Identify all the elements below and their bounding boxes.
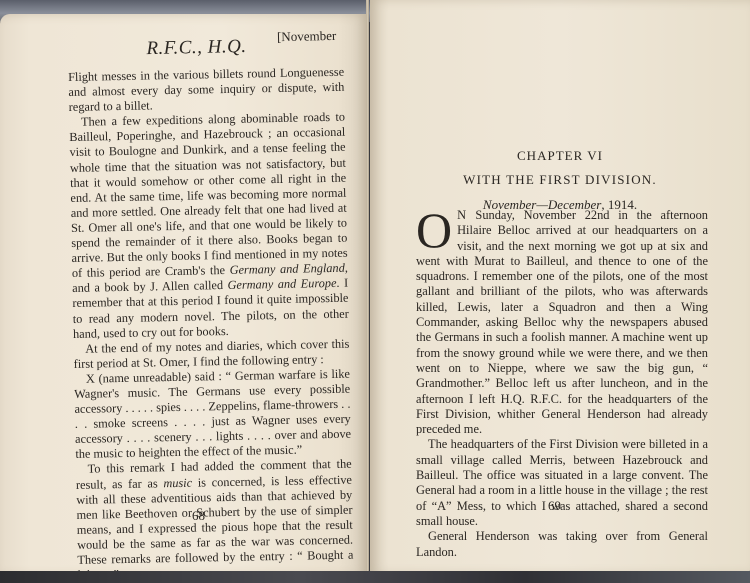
book-title-italic: Germany and Europe	[227, 276, 336, 292]
opening-word-rest: N	[457, 208, 467, 222]
left-page-body: Flight messes in the various billets rou…	[68, 65, 354, 583]
paragraph: To this remark I had added the comment t…	[76, 457, 354, 583]
drop-cap: O	[416, 210, 452, 250]
paragraph-text: Then a few expeditions along abominable …	[69, 110, 348, 280]
paragraph: Then a few expeditions along abominable …	[69, 110, 349, 342]
book-title-italic: Germany and England	[230, 261, 345, 277]
paragraph-text: Sunday, November 22nd in the afternoon H…	[416, 208, 708, 436]
book-gutter	[366, 0, 369, 578]
right-page-body: ON Sunday, November 22nd in the afternoo…	[416, 208, 708, 560]
chapter-number: CHAPTER VI	[410, 148, 710, 164]
page-number-right: 69	[548, 498, 561, 514]
photo-backdrop-bottom	[0, 571, 750, 583]
opening-paragraph: ON Sunday, November 22nd in the afternoo…	[416, 208, 708, 437]
running-head-title: R.F.C., H.Q.	[146, 36, 247, 60]
paragraph-quote: X (name unreadable) said : “ German warf…	[74, 367, 352, 463]
page-number-left: 68	[192, 508, 205, 524]
paragraph: Flight messes in the various billets rou…	[68, 65, 345, 116]
emphasis-italic: music	[163, 475, 192, 490]
chapter-heading: CHAPTER VI WITH THE FIRST DIVISION. Nove…	[410, 148, 710, 213]
chapter-title: WITH THE FIRST DIVISION.	[410, 172, 710, 188]
paragraph: The headquarters of the First Division w…	[416, 437, 708, 529]
paragraph: General Henderson was taking over from G…	[416, 529, 708, 560]
running-head-month: [November	[277, 28, 337, 45]
